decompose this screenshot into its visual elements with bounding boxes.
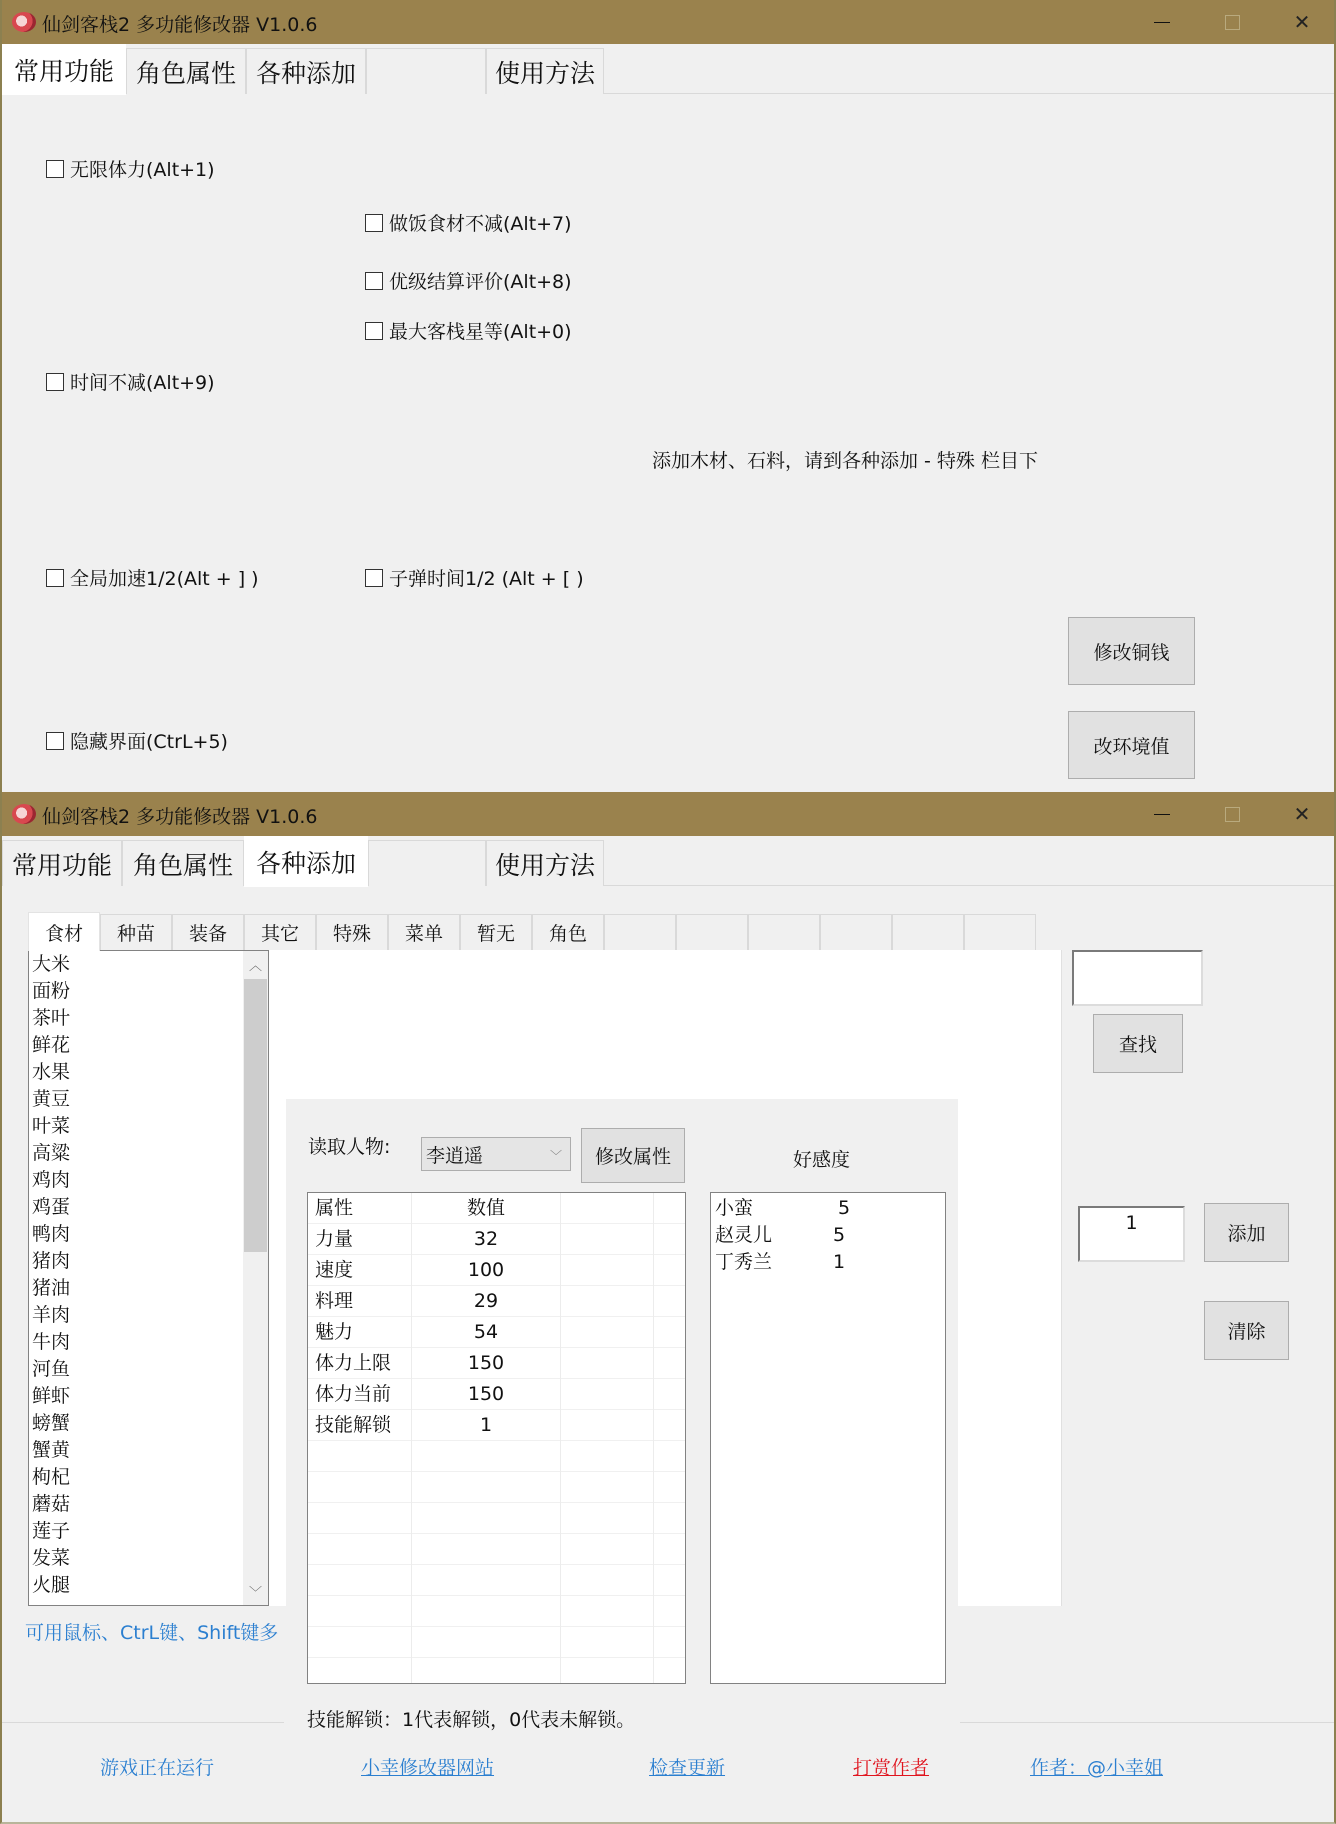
list-item[interactable]: 鲜花 xyxy=(29,1032,268,1059)
inner-tab-ingredients[interactable]: 食材 xyxy=(28,912,100,951)
grid-header-empty xyxy=(561,1193,654,1224)
list-item[interactable]: 鸡蛋 xyxy=(29,1194,268,1221)
scroll-thumb[interactable] xyxy=(244,979,267,1252)
list-item[interactable]: 发菜 xyxy=(29,1545,268,1572)
list-item[interactable]: 羊肉 xyxy=(29,1302,268,1329)
quantity-input[interactable]: 1 xyxy=(1078,1206,1185,1262)
list-item[interactable]: 高粱 xyxy=(29,1140,268,1167)
modify-environment-button[interactable]: 改环境值 xyxy=(1068,711,1195,779)
attribute-grid[interactable]: 属性 数值 力量32速度100料理29魅力54体力上限150体力当前150技能解… xyxy=(307,1192,686,1684)
list-item[interactable]: 水果 xyxy=(29,1059,268,1086)
search-input[interactable] xyxy=(1072,950,1203,1006)
favor-name: 赵灵儿 xyxy=(715,1222,772,1249)
grid-header-name: 属性 xyxy=(308,1193,412,1224)
table-row[interactable] xyxy=(308,1596,685,1627)
attribute-name xyxy=(308,1565,412,1596)
read-character-label: 读取人物: xyxy=(308,1132,390,1159)
inner-tab-empty[interactable] xyxy=(820,914,892,950)
attribute-value[interactable] xyxy=(412,1503,561,1534)
checkbox-cooking-no-consume[interactable]: 做饭食材不减(Alt+7) xyxy=(365,209,572,236)
table-row[interactable]: 速度100 xyxy=(308,1255,685,1286)
empty-cell xyxy=(561,1317,654,1348)
attribute-value[interactable] xyxy=(412,1441,561,1472)
list-item[interactable]: 猪肉 xyxy=(29,1248,268,1275)
list-item[interactable]: 鲜虾 xyxy=(29,1383,268,1410)
attribute-value[interactable]: 32 xyxy=(412,1224,561,1255)
empty-cell xyxy=(561,1565,654,1596)
app-icon xyxy=(12,12,36,32)
attribute-value[interactable] xyxy=(412,1472,561,1503)
chevron-down-icon: ﹀ xyxy=(550,1147,562,1164)
empty-cell xyxy=(561,1379,654,1410)
tab-common-functions[interactable]: 常用功能 xyxy=(2,840,122,886)
empty-cell xyxy=(561,1224,654,1255)
maximize-button[interactable] xyxy=(1197,0,1267,44)
tab-common-functions[interactable]: 常用功能 xyxy=(2,44,126,95)
empty-cell xyxy=(561,1255,654,1286)
inner-tab-seedlings[interactable]: 种苗 xyxy=(100,914,172,950)
empty-cell xyxy=(561,1627,654,1658)
website-link[interactable]: 小幸修改器网站 xyxy=(361,1753,494,1780)
tab-usage[interactable]: 使用方法 xyxy=(486,840,604,886)
empty-cell xyxy=(561,1441,654,1472)
tab-character-attributes[interactable]: 角色属性 xyxy=(126,48,246,94)
window-title: 仙剑客栈2 多功能修改器 V1.0.6 xyxy=(42,802,318,829)
list-item[interactable]: 面粉 xyxy=(29,978,268,1005)
empty-cell xyxy=(561,1410,654,1441)
list-item[interactable]: 牛肉 xyxy=(29,1329,268,1356)
favor-rows: 小蛮5赵灵儿5丁秀兰1 xyxy=(711,1193,945,1276)
favor-title: 好感度 xyxy=(793,1145,850,1172)
game-status-link[interactable]: 游戏正在运行 xyxy=(100,1753,214,1780)
empty-cell xyxy=(561,1348,654,1379)
window-title: 仙剑客栈2 多功能修改器 V1.0.6 xyxy=(42,10,318,37)
title-bar[interactable]: 仙剑客栈2 多功能修改器 V1.0.6 ✕ xyxy=(2,0,1334,44)
list-item[interactable]: 枸杞 xyxy=(29,1464,268,1491)
attribute-name xyxy=(308,1441,412,1472)
list-item[interactable]: 鸡肉 xyxy=(29,1167,268,1194)
attribute-value[interactable]: 29 xyxy=(412,1286,561,1317)
wood-stone-note: 添加木材、石料，请到各种添加 - 特殊 栏目下 xyxy=(652,446,1038,473)
checkbox-box[interactable] xyxy=(46,373,64,391)
main-tabs: 常用功能 角色属性 各种添加 使用方法 xyxy=(2,44,1334,94)
empty-cell xyxy=(561,1534,654,1565)
grid-header-value: 数值 xyxy=(412,1193,561,1224)
list-item[interactable]: 火腿 xyxy=(29,1572,268,1599)
list-item[interactable]: 鸭肉 xyxy=(29,1221,268,1248)
tab-blank[interactable] xyxy=(368,840,486,886)
character-select[interactable]: 李逍遥 ﹀ xyxy=(421,1137,571,1171)
inner-tab-special[interactable]: 特殊 xyxy=(316,914,388,950)
attribute-name xyxy=(308,1472,412,1503)
attribute-name: 料理 xyxy=(308,1286,412,1317)
attribute-value[interactable] xyxy=(412,1596,561,1627)
checkbox-box[interactable] xyxy=(46,732,64,750)
favor-row[interactable]: 丁秀兰1 xyxy=(711,1249,945,1276)
attribute-value[interactable] xyxy=(412,1565,561,1596)
attribute-name: 力量 xyxy=(308,1224,412,1255)
inner-tab-character[interactable]: 角色 xyxy=(532,914,604,950)
title-bar[interactable]: 仙剑客栈2 多功能修改器 V1.0.6 ✕ xyxy=(2,792,1334,836)
inner-tab-empty[interactable] xyxy=(964,914,1036,950)
app-icon xyxy=(12,804,36,824)
favor-value: 5 xyxy=(838,1195,850,1222)
ingredient-list[interactable]: 大米面粉茶叶鲜花水果黄豆叶菜高粱鸡肉鸡蛋鸭肉猪肉猪油羊肉牛肉河鱼鲜虾螃蟹蟹黄枸杞… xyxy=(28,950,269,1606)
table-row[interactable] xyxy=(308,1503,685,1534)
tab-blank[interactable] xyxy=(366,48,486,94)
list-item[interactable]: 茶叶 xyxy=(29,1005,268,1032)
scroll-up-icon[interactable]: ︿ xyxy=(243,951,268,978)
close-button[interactable]: ✕ xyxy=(1267,792,1336,836)
table-row[interactable]: 体力上限150 xyxy=(308,1348,685,1379)
list-item[interactable]: 猪油 xyxy=(29,1275,268,1302)
favor-name: 丁秀兰 xyxy=(715,1249,772,1276)
checkbox-bullet-time[interactable]: 子弹时间1/2 (Alt + [ ) xyxy=(365,564,584,591)
donate-author-link[interactable]: 打赏作者 xyxy=(853,1753,929,1780)
clear-button[interactable]: 清除 xyxy=(1204,1301,1289,1360)
ingredient-items: 大米面粉茶叶鲜花水果黄豆叶菜高粱鸡肉鸡蛋鸭肉猪肉猪油羊肉牛肉河鱼鲜虾螃蟹蟹黄枸杞… xyxy=(29,951,268,1599)
checkbox-max-inn-stars[interactable]: 最大客栈星等(Alt+0) xyxy=(365,317,572,344)
footer-divider xyxy=(960,1722,1334,1723)
close-icon: ✕ xyxy=(1294,10,1311,34)
table-row[interactable] xyxy=(308,1472,685,1503)
window-common-functions: 仙剑客栈2 多功能修改器 V1.0.6 ✕ 常用功能 角色属性 各种添加 使用方… xyxy=(0,0,1336,792)
multi-select-hint: 可用鼠标、CtrL键、Shift键多 xyxy=(25,1618,278,1645)
attribute-value[interactable] xyxy=(412,1627,561,1658)
attribute-value[interactable] xyxy=(412,1534,561,1565)
favor-row[interactable]: 赵灵儿5 xyxy=(711,1222,945,1249)
table-row[interactable] xyxy=(308,1441,685,1472)
favor-value: 1 xyxy=(833,1249,845,1276)
favor-row[interactable]: 小蛮5 xyxy=(711,1195,945,1222)
favor-name: 小蛮 xyxy=(715,1195,753,1222)
table-row[interactable] xyxy=(308,1627,685,1658)
checkbox-box[interactable] xyxy=(365,272,383,290)
search-button[interactable]: 查找 xyxy=(1093,1014,1183,1073)
minimize-button[interactable] xyxy=(1127,0,1197,44)
list-item[interactable]: 莲子 xyxy=(29,1518,268,1545)
inner-tab-menu[interactable]: 菜单 xyxy=(388,914,460,950)
inner-tab-empty[interactable] xyxy=(748,914,820,950)
checkbox-global-speed[interactable]: 全局加速1/2(Alt + ] ) xyxy=(46,564,259,591)
list-scrollbar[interactable]: ︿ ﹀ xyxy=(243,951,268,1605)
author-link[interactable]: 作者：@小幸姐 xyxy=(1030,1753,1163,1780)
minimize-icon xyxy=(1154,22,1170,23)
modify-attributes-button[interactable]: 修改属性 xyxy=(581,1128,685,1183)
attribute-name xyxy=(308,1596,412,1627)
checkbox-infinite-stamina[interactable]: 无限体力(Alt+1) xyxy=(46,155,215,182)
empty-cell xyxy=(561,1472,654,1503)
attribute-name xyxy=(308,1658,412,1684)
list-item[interactable]: 蘑菇 xyxy=(29,1491,268,1518)
checkbox-box[interactable] xyxy=(365,214,383,232)
list-item[interactable]: 河鱼 xyxy=(29,1356,268,1383)
list-item[interactable]: 黄豆 xyxy=(29,1086,268,1113)
attribute-name xyxy=(308,1503,412,1534)
attribute-name: 体力上限 xyxy=(308,1348,412,1379)
footer-divider xyxy=(2,1722,284,1723)
inner-tab-other[interactable]: 其它 xyxy=(244,914,316,950)
maximize-button[interactable] xyxy=(1197,792,1267,836)
character-select-value: 李逍遥 xyxy=(426,1141,483,1168)
table-row[interactable]: 体力当前150 xyxy=(308,1379,685,1410)
check-update-link[interactable]: 检查更新 xyxy=(649,1753,725,1780)
table-row[interactable]: 技能解锁1 xyxy=(308,1410,685,1441)
attribute-value[interactable]: 150 xyxy=(412,1379,561,1410)
attribute-value[interactable]: 100 xyxy=(412,1255,561,1286)
inner-tab-equipment[interactable]: 装备 xyxy=(172,914,244,950)
checkbox-box[interactable] xyxy=(365,569,383,587)
character-panel: 读取人物: 李逍遥 ﹀ 修改属性 好感度 属性 数值 力量32速度100料理29… xyxy=(286,1099,958,1723)
tab-various-add[interactable]: 各种添加 xyxy=(244,836,368,887)
tab-various-add[interactable]: 各种添加 xyxy=(246,48,366,94)
close-button[interactable]: ✕ xyxy=(1267,0,1336,44)
checkbox-hide-ui[interactable]: 隐藏界面(CtrL+5) xyxy=(46,727,228,754)
attribute-name xyxy=(308,1627,412,1658)
checkbox-box[interactable] xyxy=(46,569,64,587)
inner-tab-empty[interactable] xyxy=(676,914,748,950)
list-item[interactable]: 螃蟹 xyxy=(29,1410,268,1437)
minimize-icon xyxy=(1154,814,1170,815)
table-row[interactable] xyxy=(308,1658,685,1684)
scroll-down-icon[interactable]: ﹀ xyxy=(243,1578,268,1605)
inner-tab-empty[interactable] xyxy=(892,914,964,950)
tab-character-attributes[interactable]: 角色属性 xyxy=(122,840,244,886)
empty-cell xyxy=(561,1658,654,1684)
empty-cell xyxy=(561,1596,654,1627)
maximize-icon xyxy=(1225,15,1240,30)
table-row[interactable]: 料理29 xyxy=(308,1286,685,1317)
list-item[interactable]: 叶菜 xyxy=(29,1113,268,1140)
attribute-value[interactable] xyxy=(412,1658,561,1684)
inner-tab-empty[interactable] xyxy=(604,914,676,950)
checkbox-time-freeze[interactable]: 时间不减(Alt+9) xyxy=(46,368,215,395)
table-row[interactable] xyxy=(308,1534,685,1565)
table-row[interactable]: 魅力54 xyxy=(308,1317,685,1348)
main-tabs: 常用功能 角色属性 各种添加 使用方法 xyxy=(2,836,1334,886)
maximize-icon xyxy=(1225,807,1240,822)
grid-header-row: 属性 数值 xyxy=(308,1193,685,1224)
empty-cell xyxy=(561,1286,654,1317)
favor-list[interactable]: 小蛮5赵灵儿5丁秀兰1 xyxy=(710,1192,946,1684)
attribute-name xyxy=(308,1534,412,1565)
checkbox-box[interactable] xyxy=(46,160,64,178)
modify-money-button[interactable]: 修改铜钱 xyxy=(1068,617,1195,685)
attribute-name: 技能解锁 xyxy=(308,1410,412,1441)
list-item[interactable]: 大米 xyxy=(29,951,268,978)
attribute-value[interactable]: 150 xyxy=(412,1348,561,1379)
table-row[interactable]: 力量32 xyxy=(308,1224,685,1255)
add-button[interactable]: 添加 xyxy=(1204,1203,1289,1262)
inner-tab-none[interactable]: 暂无 xyxy=(460,914,532,950)
empty-cell xyxy=(561,1503,654,1534)
close-icon: ✕ xyxy=(1294,802,1311,826)
checkbox-box[interactable] xyxy=(365,322,383,340)
attribute-name: 速度 xyxy=(308,1255,412,1286)
attribute-name: 魅力 xyxy=(308,1317,412,1348)
table-row[interactable] xyxy=(308,1565,685,1596)
attribute-name: 体力当前 xyxy=(308,1379,412,1410)
attribute-value[interactable]: 1 xyxy=(412,1410,561,1441)
tab-usage[interactable]: 使用方法 xyxy=(486,48,604,94)
attribute-rows: 力量32速度100料理29魅力54体力上限150体力当前150技能解锁1 xyxy=(308,1224,685,1684)
attribute-value[interactable]: 54 xyxy=(412,1317,561,1348)
list-item[interactable]: 蟹黄 xyxy=(29,1437,268,1464)
favor-value: 5 xyxy=(833,1222,845,1249)
checkbox-excellent-rating[interactable]: 优级结算评价(Alt+8) xyxy=(365,267,572,294)
skill-unlock-note: 技能解锁：1代表解锁，0代表未解锁。 xyxy=(307,1705,635,1732)
minimize-button[interactable] xyxy=(1127,792,1197,836)
